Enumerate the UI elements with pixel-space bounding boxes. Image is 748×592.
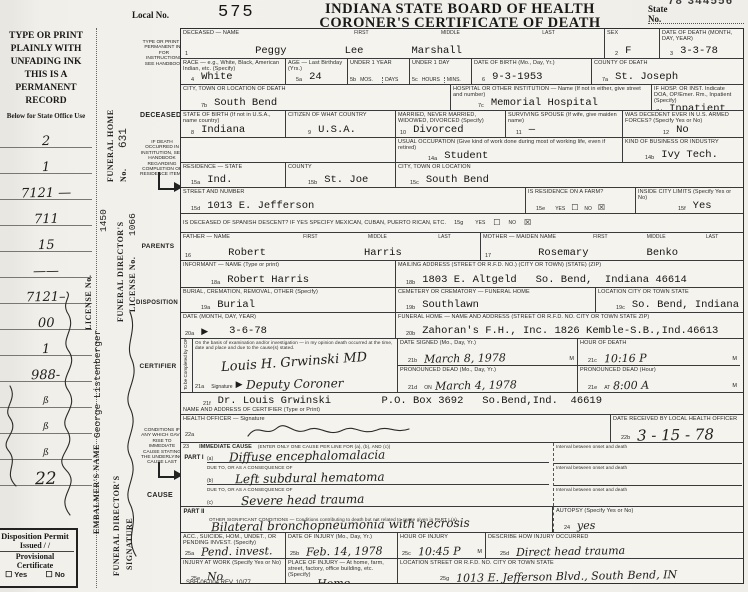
field-disposition-type: BURIAL, CREMATION, REMOVAL, OTHER (Speci… (181, 288, 396, 312)
disposition-permit-box: Disposition Permit Issued / / Provisiona… (0, 528, 78, 588)
field-hospital: HOSPITAL OR OTHER INSTITUTION — Name (If… (451, 85, 652, 110)
permit-line3: Provisional (0, 552, 74, 561)
stub-conditions-note: CONDITIONS IF ANY WHICH GAVE RISE TO IMM… (140, 428, 184, 466)
coroner-only-strip: To be Completed by CORONER Only (181, 339, 193, 392)
office-entry: 15 (0, 226, 92, 252)
interval-column: Interval between onset and death Interva… (553, 443, 742, 506)
form-number: SBH-06-004 REV. 10/77 (186, 580, 251, 586)
license-no-value: 1450 (98, 209, 109, 232)
field-place-of-injury: PLACE OF INJURY — At home, farm, street,… (286, 559, 398, 583)
field-date-of-death: DATE OF DEATH (MONTH, DAY, YEAR) 33-3-78 (660, 29, 742, 58)
permanent-record-note: TYPE OR PRINT PLAINLY WITH UNFADING INK … (0, 30, 92, 108)
field-state-of-birth: STATE OF BIRTH (If not in U.S.A., name c… (181, 111, 286, 137)
field-street-number: STREET AND NUMBER 15d1013 E. Jefferson (181, 188, 526, 213)
farm-yes-checkbox: ☐ (571, 204, 578, 212)
field-pronounced-dead-date: PRONOUNCED DEAD (Mo., Day, Yr.) 21dONMar… (398, 366, 578, 392)
embalmer-vlabel: EMBALMER'S NAME (92, 444, 101, 534)
stub-certifier: CERTIFIER (138, 363, 178, 370)
part2-value: Bilateral bronchopneumonia with necrosis (211, 518, 470, 532)
field-date-signed: DATE SIGNED (Mo., Day, Yr.) 21bMarch 8, … (398, 339, 578, 366)
spanish-no-checkbox-checked: ☒ (524, 219, 531, 227)
coroner-signature: Louis H. Grwinski MD (221, 352, 368, 373)
certifier-signature-block: To be Completed by CORONER Only On the b… (181, 339, 398, 392)
cause-line-a: (a) Diffuse encephalomalacia (207, 451, 549, 463)
local-no-value: 575 (218, 3, 255, 22)
cause-part2-block: PART II OTHER SIGNIFICANT CONDITIONS — C… (181, 507, 553, 532)
office-entry: 1 (0, 148, 92, 174)
funeral-home-no-label: No. (119, 168, 128, 182)
field-how-injury-occurred: DESCRIBE HOW INJURY OCCURRED 25dDirect h… (486, 533, 742, 558)
field-residence-on-farm: IS RESIDENCE ON A FARM? 15e YES☐ NO☒ (526, 188, 636, 213)
certifier-basis-text: On the basis of examination and/or inves… (195, 340, 395, 350)
field-date-of-injury: DATE OF INJURY (Mo., Day, Yr.) 25bFeb. 1… (286, 533, 398, 558)
cause-part1-block: 23 IMMEDIATE CAUSE (ENTER ONLY ONE CAUSE… (181, 443, 553, 506)
office-entry: 2 (0, 122, 92, 148)
field-sex: SEX 2F (605, 29, 660, 58)
office-use-label: Below for State Office Use (0, 112, 92, 120)
local-no-label: Local No. (132, 10, 169, 20)
field-hospital-status: IF HOSP. OR INST. Indicate DOA, OP/Emer.… (652, 85, 742, 110)
field-manner-of-death: ACC., SUICIDE, HOM., UNDET., OR PENDING … (181, 533, 286, 558)
field-cemetery-location: LOCATION CITY OR TOWN STATE 19cSo. Bend,… (596, 288, 742, 312)
cause-line-b: (b) Left subdural hematoma (207, 473, 549, 485)
field-business-industry: KIND OF BUSINESS OR INDUSTRY 14bIvy Tech… (623, 138, 742, 162)
field-under-1-year: UNDER 1 YEAR 5b MOS. DAYS (348, 59, 410, 84)
stub-deceased: DECEASED (140, 112, 180, 119)
farm-no-checkbox-checked: ☒ (598, 204, 605, 212)
spanish-yes-checkbox: ☐ (493, 219, 500, 227)
funeral-director-signature-scribble (40, 290, 90, 520)
field-hour-of-death: HOUR OF DEATH 21c10:16 P M (578, 339, 740, 366)
part2-label: PART II (181, 507, 207, 532)
field-injury-location: LOCATION STREET OR R.F.D. NO. CITY OR TO… (398, 559, 742, 583)
field-county-of-death: COUNTY OF DEATH 7aSt. Joseph (592, 59, 742, 84)
deputy-coroner-script: Deputy Coroner (245, 378, 343, 391)
coroner-only-label: To be Completed by CORONER Only (183, 339, 188, 390)
stub-cause: CAUSE (140, 492, 180, 499)
field-mother-maiden-name: MOTHER — MAIDEN NAME FIRST MIDDLE LAST 1… (481, 233, 742, 260)
funeral-home-vlabel: FUNERAL HOME (106, 109, 115, 182)
field-under-1-day: UNDER 1 DAY 5c HOURS MINS. (410, 59, 472, 84)
certificate-form: DECEASED — NAME FIRST MIDDLE LAST 1 Pegg… (180, 28, 744, 584)
field-marital-status: MARRIED, NEVER MARRIED, WIDOWED, DIVORCE… (396, 111, 506, 137)
death-certificate-scan: { "header": { "local_label": "Local No."… (0, 0, 748, 592)
pointer-arrow-icon: ▶ (201, 326, 208, 337)
state-no-stamp: 78 344556 (668, 0, 734, 5)
office-entry: 7121 — (0, 174, 92, 200)
field-funeral-home: FUNERAL HOME — NAME AND ADDRESS (STREET … (396, 313, 742, 338)
stub-disposition: DISPOSITION (136, 300, 176, 306)
field-health-officer-signature: HEALTH OFFICER — Signature 22a (181, 415, 611, 442)
field-age: AGE — Last Birthday (Yrs.) 5a24 (286, 59, 348, 84)
permit-line4: Certificate (0, 561, 74, 570)
field-father-name: FATHER — NAME FIRST MIDDLE LAST 16 Rober… (181, 233, 481, 260)
permit-no-checkbox: ☐ No (46, 570, 65, 579)
signature-arrow-icon: ▶ (236, 379, 243, 390)
part1-label: PART I (181, 451, 207, 506)
cause-line-c: (c) Severe head trauma (207, 495, 549, 506)
field-surviving-spouse: SURVIVING SPOUSE (If wife, give maiden n… (506, 111, 623, 137)
field-autopsy: AUTOPSY (Specify Yes or No) 24yes (553, 507, 742, 532)
fd-license-no-value: 1066 (127, 213, 138, 236)
state-no-rule (648, 23, 744, 24)
field-residence-county: COUNTY 15bSt. Joe (286, 163, 396, 187)
field-usual-occupation: USUAL OCCUPATION (Give kind of work done… (396, 138, 623, 162)
office-entry: —— (0, 252, 92, 278)
field-armed-forces: WAS DECEDENT EVER IN U.S. ARMED FORCES? … (623, 111, 742, 137)
field-residence-state: RESIDENCE — STATE 15aInd. (181, 163, 286, 187)
field-mailing-address: MAILING ADDRESS (STREET OR R.F.D. NO.) (… (396, 261, 742, 287)
blank-cell (181, 138, 396, 162)
embalmer-name-value: George Listenberger (92, 330, 103, 438)
field-inside-city-limits: INSIDE CITY LIMITS (Specify Yes or No) 1… (636, 188, 742, 213)
field-race: RACE — e.g., White, Black, American Indi… (181, 59, 286, 84)
state-no-label1: State (648, 4, 668, 14)
field-date-of-birth: DATE OF BIRTH (Mo., Day, Yr.) 69-3-1953 (472, 59, 592, 84)
margin-scribble (0, 380, 24, 490)
funeral-home-no-value: 631 (118, 128, 130, 148)
field-certifier-name-address: 21fDr. Louis Grwinski P.O. Box 3692 So.B… (181, 393, 742, 414)
permit-line2: Issued / / (0, 541, 74, 552)
health-officer-signature-ink (243, 420, 443, 440)
field-pronounced-dead-hour: PRONOUNCED DEAD (Hour) 21eAT8:00 A M (578, 366, 740, 392)
field-residence-city: CITY, TOWN OR LOCATION 15cSouth Bend (396, 163, 742, 187)
field-date-received: DATE RECEIVED BY LOCAL HEALTH OFFICER 22… (611, 415, 742, 442)
field-disposition-date: DATE (MONTH, DAY, YEAR) 20a ▶ 3-6-78 (181, 313, 396, 338)
field-cemetery: CEMETERY OR CREMATORY — FUNERAL HOME 19b… (396, 288, 596, 312)
office-entry: 711 (0, 200, 92, 226)
field-spanish-descent: IS DECEASED OF SPANISH DESCENT? IF YES S… (181, 214, 742, 232)
stub-parents: PARENTS (138, 243, 178, 250)
permit-yes-checkbox: ☐ Yes (5, 570, 27, 579)
field-informant: INFORMANT — NAME (Type or print) 18aRobe… (181, 261, 396, 287)
permit-line1: Disposition Permit (0, 531, 74, 541)
field-citizen-of: CITIZEN OF WHAT COUNTRY 9U.S.A. (286, 111, 396, 137)
field-city-of-death: CITY, TOWN OR LOCATION OF DEATH 7bSouth … (181, 85, 451, 110)
field-deceased-name: DECEASED — NAME FIRST MIDDLE LAST 1 Pegg… (181, 29, 605, 58)
field-hour-of-injury: HOUR OF INJURY 25c10:45 P M (398, 533, 486, 558)
